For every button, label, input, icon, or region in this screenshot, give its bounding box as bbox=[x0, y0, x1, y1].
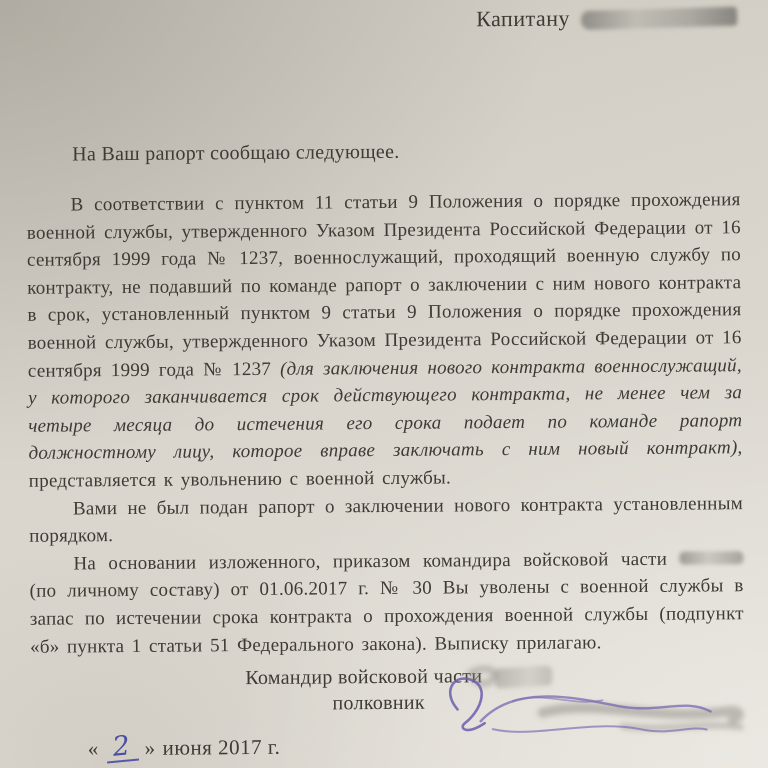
date-line: « 2 » июня 2017 г. bbox=[88, 734, 281, 763]
date-open-quote: « bbox=[88, 736, 99, 761]
paragraph-3-regular-2: (по личному составу) от 01.06.2017 г. № … bbox=[30, 575, 744, 657]
letter-body: В соответствии с пунктом 11 статьи 9 Пол… bbox=[26, 186, 744, 661]
addressee-rank: Капитану bbox=[476, 6, 570, 33]
paragraph-3: На основании изложенного, приказом коман… bbox=[29, 545, 744, 661]
redacted-unit-number-smudge bbox=[679, 551, 743, 565]
document-photo: Капитану На Ваш рапорт сообщаю следующее… bbox=[0, 0, 768, 768]
paragraph-3-regular-1: На основании изложенного, приказом коман… bbox=[73, 548, 679, 574]
handwritten-day: 2 bbox=[105, 734, 139, 764]
date-close-quote: » bbox=[144, 736, 155, 761]
redacted-name-smudge bbox=[581, 6, 737, 29]
paragraph-1-regular-1: В соответствии с пунктом 11 статьи 9 Пол… bbox=[27, 189, 742, 381]
paragraph-1: В соответствии с пунктом 11 статьи 9 Пол… bbox=[26, 186, 742, 495]
date-month-year: июня 2017 г. bbox=[162, 735, 280, 761]
signature-ink-scrawl bbox=[422, 659, 753, 757]
addressee-line: Капитану bbox=[476, 4, 737, 32]
letter-content: Капитану На Ваш рапорт сообщаю следующее… bbox=[0, 0, 768, 768]
intro-line: На Ваш рапорт сообщаю следующее. bbox=[72, 141, 400, 167]
paragraph-2: Вами не был подан рапорт о заключении но… bbox=[29, 490, 743, 551]
